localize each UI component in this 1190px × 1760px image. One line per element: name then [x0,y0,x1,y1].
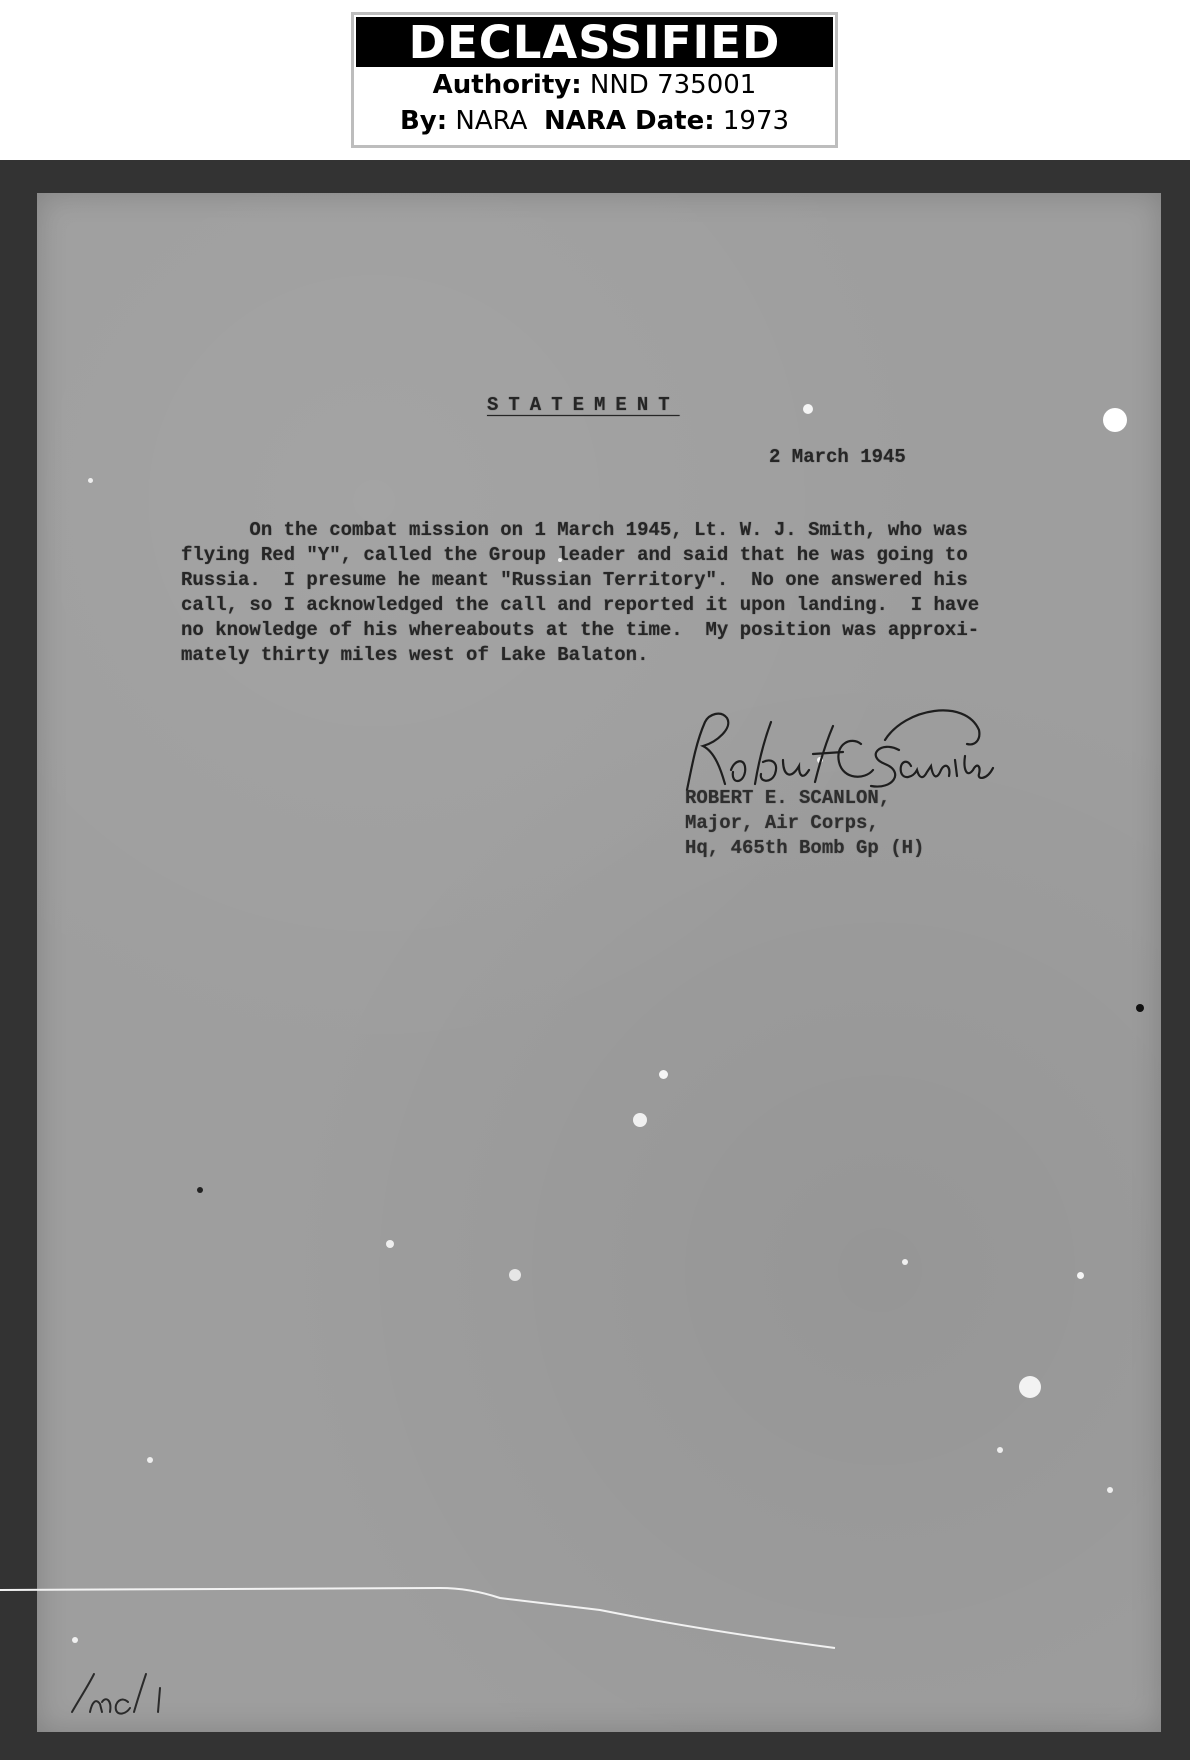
dust-spot [1107,1487,1113,1493]
statement-line: On the combat mission on 1 March 1945, L… [181,518,979,543]
signer-line: ROBERT E. SCANLON, [685,786,924,811]
dust-spot [1019,1376,1041,1398]
handwritten-note: Incl 1 [68,1668,188,1718]
statement-line: mately thirty miles west of Lake Balaton… [181,643,979,668]
film-scratch [0,1560,900,1670]
stamp-by-line: By: NARA NARA Date: 1973 [354,103,835,139]
statement-line: call, so I acknowledged the call and rep… [181,593,979,618]
signer-line: Major, Air Corps, [685,811,924,836]
dust-spot [1136,1004,1144,1012]
dust-spot [88,478,93,483]
dust-spot [386,1240,394,1248]
nara-date-label: NARA Date: [544,106,715,136]
document-date: 2 March 1945 [769,445,906,470]
dust-spot [659,1070,668,1079]
dust-spot [997,1447,1003,1453]
authority-value: NND 735001 [590,70,756,100]
nara-date-value: 1973 [723,106,789,136]
signer-line: Hq, 465th Bomb Gp (H) [685,836,924,861]
document-page [37,193,1161,1732]
statement-body: On the combat mission on 1 March 1945, L… [181,518,979,668]
stamp-heading: DECLASSIFIED [356,17,833,67]
dust-spot [633,1113,647,1127]
dust-spot [1103,408,1127,432]
handwritten-signature: Robert E. Scanlon [675,700,995,795]
by-value: NARA [455,106,527,136]
authority-label: Authority: [433,70,582,100]
document-title: STATEMENT [487,393,680,418]
dust-spot [197,1187,203,1193]
dust-spot [902,1259,908,1265]
signer-block: ROBERT E. SCANLON,Major, Air Corps,Hq, 4… [685,786,924,861]
statement-line: flying Red "Y", called the Group leader … [181,543,979,568]
dust-spot [147,1457,153,1463]
by-label: By: [400,106,447,136]
stamp-authority-line: Authority: NND 735001 [354,67,835,103]
dust-spot [509,1269,521,1281]
dust-spot [1077,1272,1084,1279]
declassified-stamp: DECLASSIFIED Authority: NND 735001 By: N… [351,12,838,148]
statement-line: no knowledge of his whereabouts at the t… [181,618,979,643]
dust-spot [803,404,813,414]
statement-line: Russia. I presume he meant "Russian Terr… [181,568,979,593]
